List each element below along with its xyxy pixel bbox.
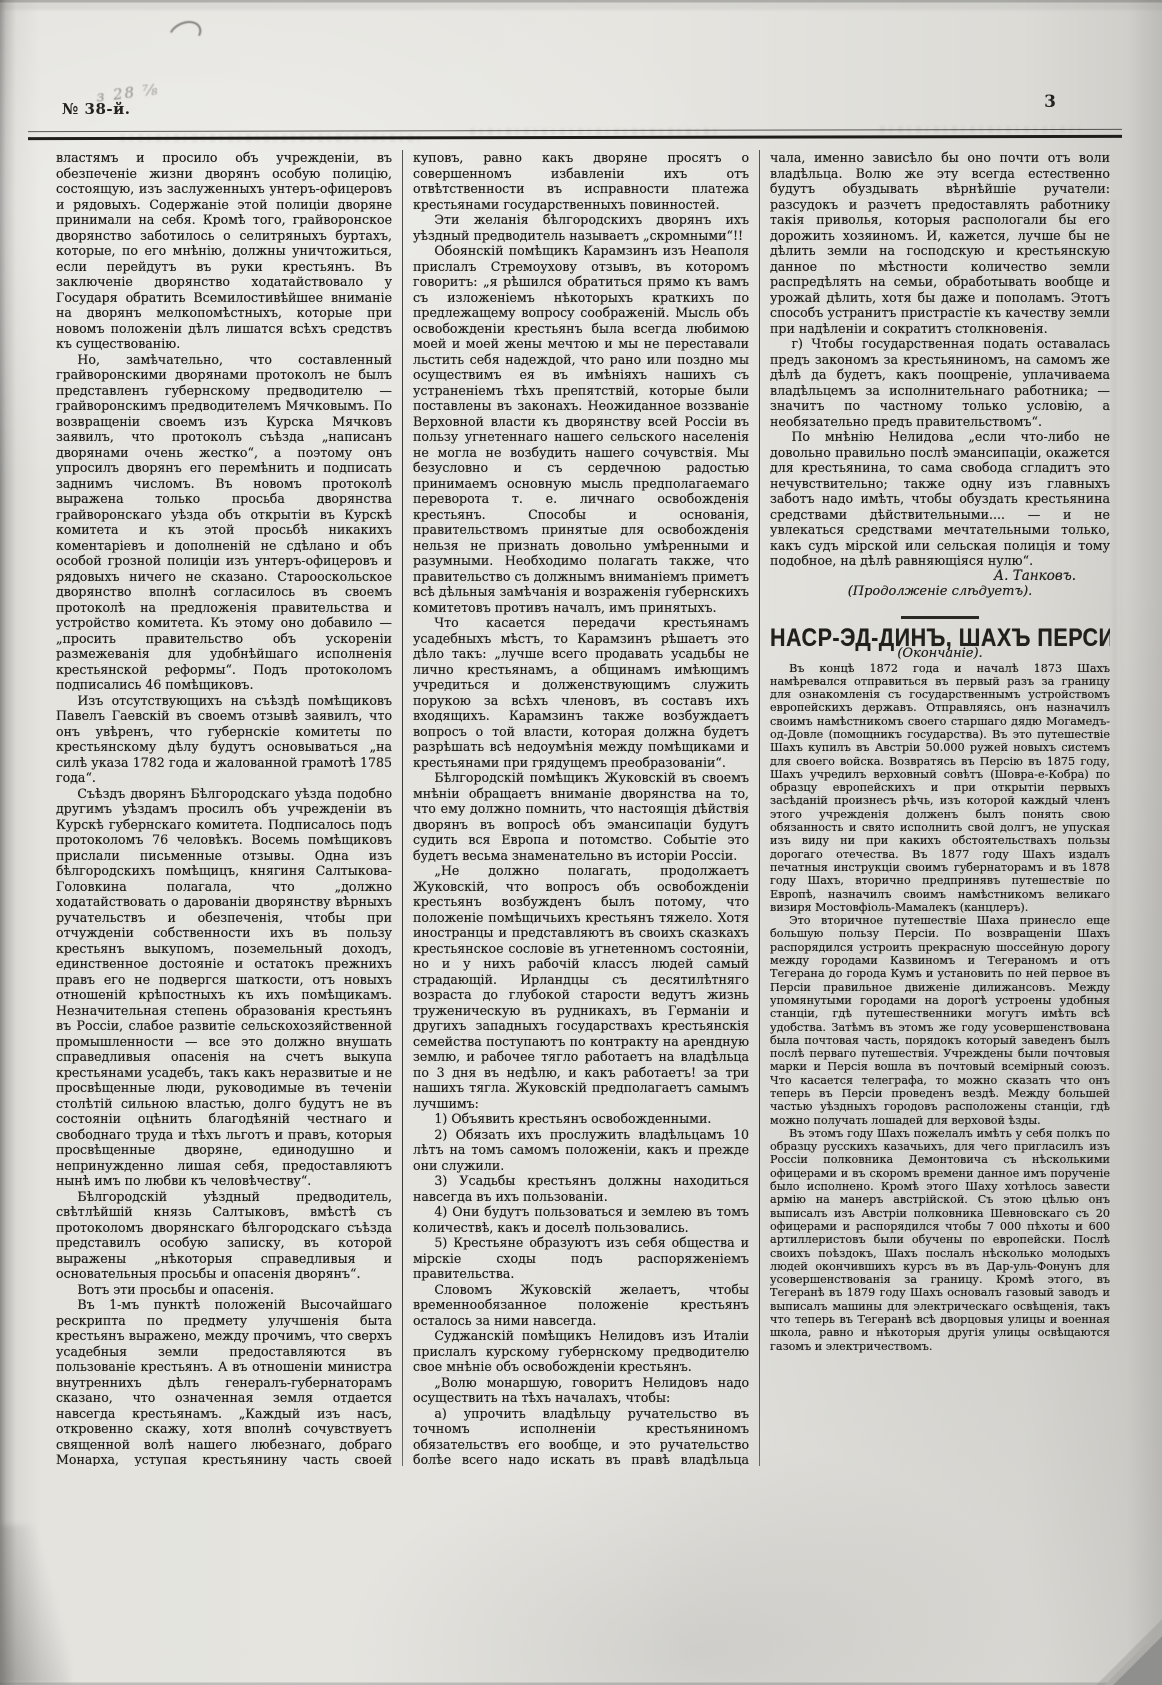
column-2: куповъ, равно какъ дворяне просятъ о сов… (413, 150, 749, 1466)
paragraph: Въ концѣ 1872 года и началѣ 1873 Шахъ на… (770, 662, 1110, 915)
issue-number: № 38-й. (62, 100, 130, 118)
paragraph: 3) Усадьбы крестьянъ должны находиться н… (413, 1173, 749, 1204)
masthead: № 38-й. 3 (60, 92, 1114, 120)
paragraph: Суджанскій помѣщикъ Нелидовъ изъ Италіи … (413, 1328, 749, 1375)
article-1-ending: чала, именно зависѣло бы оно почти отъ в… (770, 150, 1110, 569)
paragraph: 2) Обязать ихъ прослужить владѣльцамъ 10… (413, 1127, 749, 1174)
column-3: чала, именно зависѣло бы оно почти отъ в… (770, 150, 1110, 1466)
paragraph: куповъ, равно какъ дворяне просятъ о сов… (413, 150, 749, 212)
paragraph: Но, замѣчательно, что составленный грайв… (56, 352, 392, 693)
paragraph: Въ этомъ году Шахъ пожелалъ имѣть у себя… (770, 1127, 1110, 1353)
article-signature: А. Танковъ. (770, 569, 1110, 585)
paragraph: Изъ отсутствующихъ на съѣздѣ помѣщиковъ … (56, 693, 392, 786)
paragraph: Бѣлгородскій уѣздный предводитель, свѣтл… (56, 1189, 392, 1282)
bleed-through-artifact (1112, 200, 1122, 1100)
paragraph: Бѣлгородскій помѣщикъ Жуковскій въ своем… (413, 770, 749, 863)
paragraph: Обоянскій помѣщикъ Карамзинъ изъ Неаполя… (413, 243, 749, 615)
text-columns: властямъ и просило объ учрежденіи, въ об… (56, 150, 1110, 1466)
paragraph: 5) Крестьяне образуютъ изъ себя общества… (413, 1235, 749, 1282)
corner-shadow (0, 1525, 70, 1685)
paragraph: Словомъ Жуковскій желаетъ, чтобы временн… (413, 1282, 749, 1329)
paragraph: Эти желанія бѣлгородскихъ дворянъ ихъ уѣ… (413, 212, 749, 243)
column-1: властямъ и просило объ учрежденіи, въ об… (56, 150, 392, 1466)
section-divider-rule (901, 616, 979, 619)
paragraph: Это вторичное путешествіе Шаха принесло … (770, 914, 1110, 1127)
column-rule-1 (402, 150, 403, 1466)
paragraph: властямъ и просило объ учрежденіи, въ об… (56, 150, 392, 352)
paragraph: 4) Они будутъ пользоваться и землею въ т… (413, 1204, 749, 1235)
paragraph: 1) Объявить крестьянъ освобожденными. (413, 1111, 749, 1127)
paragraph: „Волю монаршую, говоритъ Нелидовъ надо о… (413, 1375, 749, 1406)
newspaper-page-scan: з 28 ⅞ № 38-й. 3 властямъ и просило объ … (0, 0, 1162, 1685)
paragraph: чала, именно зависѣло бы оно почти отъ в… (770, 150, 1110, 336)
paragraph: Съѣздъ дворянъ Бѣлгородскаго уѣзда подоб… (56, 786, 392, 1189)
page-number: 3 (1044, 92, 1056, 112)
paragraph: Вотъ эти просьбы и опасенія. (56, 1282, 392, 1298)
paragraph: г) Чтобы государственная подать оставала… (770, 336, 1110, 429)
continuation-note: (Продолженіе слѣдуетъ). (770, 584, 1110, 600)
torn-corner (1042, 1575, 1162, 1685)
article-2-body: Въ концѣ 1872 года и началѣ 1873 Шахъ на… (770, 662, 1110, 1353)
column-rule-2 (759, 150, 760, 1466)
paragraph: „Не должно полагать, продолжаетъ Жуковск… (413, 863, 749, 1111)
article-headline: НАСР-ЭД-ДИНЪ, ШАХЪ ПЕРСИДСКІЙ. (770, 629, 1110, 647)
paragraph: Что касается передачи крестьянамъ усадеб… (413, 615, 749, 770)
paragraph: а) упрочить владѣльцу ручательство въ то… (413, 1406, 749, 1467)
paragraph: Въ 1-мъ пунктѣ положеній Высочайшаго рес… (56, 1297, 392, 1466)
paragraph: По мнѣнію Нелидова „если что-либо не дов… (770, 429, 1110, 569)
